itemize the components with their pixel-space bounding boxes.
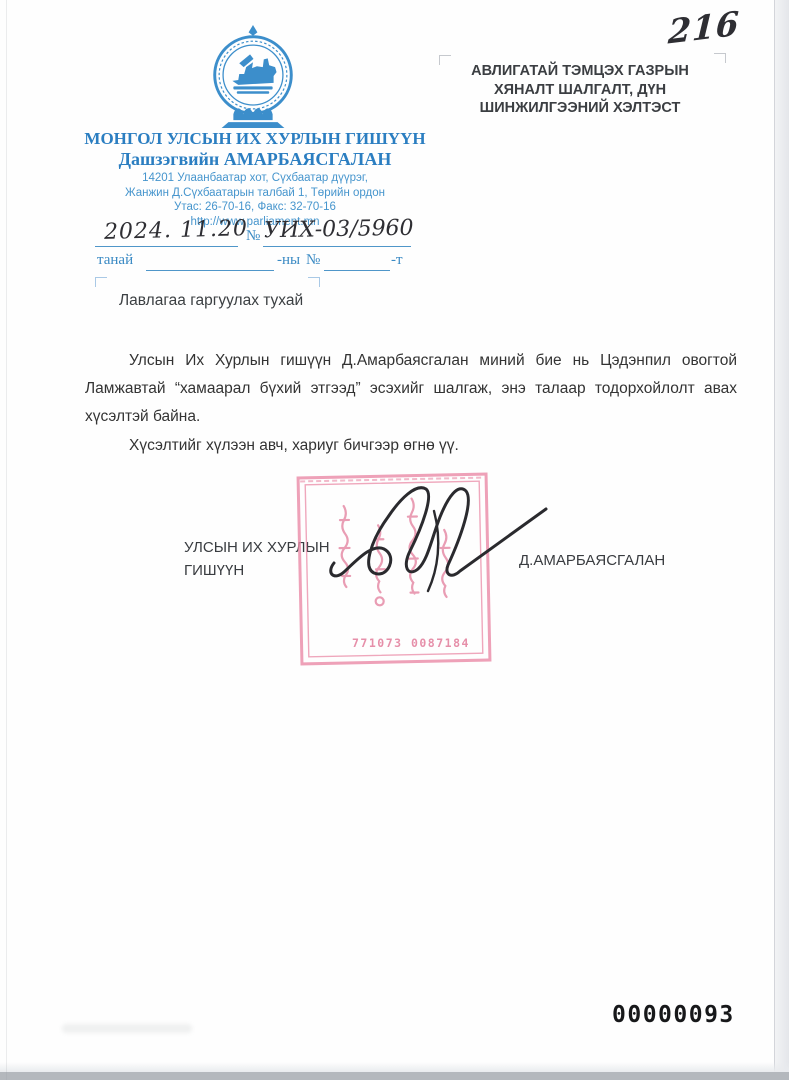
scanned-letter-page: 216 МОНГОЛ УЛСЫН ИХ ХУРЛЫН ГИШҮҮН Дашзэг… xyxy=(0,0,789,1080)
handwritten-ref-number: УИХ-03/5960 xyxy=(264,216,414,244)
stamp-serial-number: 771073 0087184 xyxy=(352,636,470,650)
scan-bottom-shadow xyxy=(0,1062,789,1072)
letterhead-title: МОНГОЛ УЛСЫН ИХ ХУРЛЫН ГИШҮҮН Дашзэгвийн… xyxy=(60,129,450,169)
address-line2: Жанжин Д.Сүхбаатарын талбай 1, Төрийн ор… xyxy=(60,186,450,201)
recipient-middle-label: -ны xyxy=(277,252,300,269)
signature-scrawl xyxy=(322,477,562,599)
scan-smudge xyxy=(62,1024,192,1033)
letter-body: Улсын Их Хурлын гишүүн Д.Амарбаясгалан м… xyxy=(85,347,737,460)
recipient-suffix-label: -т xyxy=(391,252,403,269)
page-serial-number: 00000093 xyxy=(612,1002,735,1028)
subject-corner-mark-left xyxy=(95,277,107,287)
member-name-line: Дашзэгвийн АМАРБАЯСГАЛАН xyxy=(60,149,450,169)
recipient-blank-line xyxy=(146,246,274,271)
addressee-line2: ХЯНАЛТ ШАЛГАЛТ, ДҮН xyxy=(424,81,736,100)
addressee-line1: АВЛИГАТАЙ ТЭМЦЭХ ГАЗРЫН xyxy=(424,62,736,81)
scan-bottom-edge xyxy=(0,1072,789,1080)
mongolia-state-emblem-icon xyxy=(202,24,304,130)
body-paragraph-2: Хүсэлтийг хүлээн авч, хариуг бичгээр өгн… xyxy=(85,432,737,460)
addressee-line3: ШИНЖИЛГЭЭНИЙ ХЭЛТЭСТ xyxy=(424,99,736,118)
scan-right-gutter xyxy=(774,0,789,1080)
handwritten-corner-number: 216 xyxy=(667,3,740,51)
recipient-prefix-label: танай xyxy=(97,252,133,269)
handwritten-date: 2024. 11.20 xyxy=(104,216,249,245)
addressee-block: АВЛИГАТАЙ ТЭМЦЭХ ГАЗРЫН ХЯНАЛТ ШАЛГАЛТ, … xyxy=(424,62,736,118)
org-name-line1: МОНГОЛ УЛСЫН ИХ ХУРЛЫН ГИШҮҮН xyxy=(60,129,450,149)
recipient-number-blank-line xyxy=(324,246,390,271)
scan-left-fold-line xyxy=(6,0,7,1080)
address-line3: Утас: 26-70-16, Факс: 32-70-16 xyxy=(60,200,450,215)
subject-line: Лавлагаа гаргуулах тухай xyxy=(119,292,303,310)
subject-corner-mark-right xyxy=(308,277,320,287)
address-line1: 14201 Улаанбаатар хот, Сүхбаатар дүүрэг, xyxy=(60,171,450,186)
recipient-no-symbol: № xyxy=(306,252,320,269)
body-paragraph-1: Улсын Их Хурлын гишүүн Д.Амарбаясгалан м… xyxy=(85,347,737,431)
